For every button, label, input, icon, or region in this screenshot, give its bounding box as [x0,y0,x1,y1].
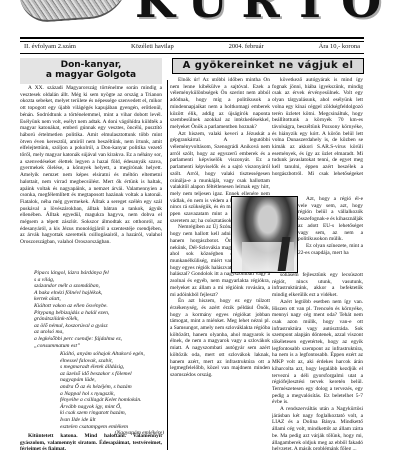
poem-line: élnessel falovak, szabír, [60,358,164,365]
price-label: Ára 10,- korona [319,43,360,53]
right-article-headline: A gyökereinket ne vágjuk el [172,58,364,74]
left-article-closing: Kitüntetett katona. Mind halottam. Valam… [20,433,162,450]
poem-line: s megmaradt életek álldásig, [60,364,164,371]
poem-line: andra Ő az és hézéjém, s hazám [60,384,164,391]
masthead: KÜRTÖS [0,0,395,30]
headline-line-2: a magyar Golgota [20,70,162,80]
poem-line: a legkésőbbi perc csendje: fájdalma ez, [34,336,164,343]
left-article-headline: Don-kanyar, a magyar Golgota [20,58,162,84]
paragraph: Kitüntetett katona. Mind halottam. Valam… [20,433,162,450]
poem-line: gránátszilánk-tölék, [34,316,164,323]
poem-line: Kiáltó, anyám sóhajok Altakoró egén, [60,351,164,358]
paragraph: következő autógyárak is mind így fognak … [272,77,363,177]
interview-column-2-bottom: sohasem fejlesztünk egy lecsúszott régió… [272,272,363,450]
poem-line: Ivan Ilde ide ült [60,417,164,424]
poem-1: Pipacs lángol, lázra bárdánya fel s a vi… [34,270,164,349]
poem-line: Kiáltott vakon az ellen ösvénybe. [34,303,164,310]
poem-line: az üzelső idő beszakor s fölemel [60,371,164,378]
poem-2: Kiáltó, anyám sóhajok Altakoró egén, éln… [60,351,164,437]
paragraph: Ez olyan színezete, mint a 22-es csapdáj… [298,243,363,256]
poem-line: nagyapám lüde, [60,377,164,384]
paragraph: Én azt hiszem, hogy ez egy túlzott érzék… [170,298,270,378]
left-article-body: A XX. századi Magyarország történelme so… [20,85,162,280]
poem-line: Pipacs lángol, lázra bárdánya fel [34,270,164,277]
poem-line: A baka elnézi fölnévl hajlékok, [34,290,164,297]
paragraph: Azért legtöbb esetben nem így van. Hisze… [272,299,363,406]
column-divider [167,80,168,450]
divider [20,37,364,39]
paragraph: Azt, hogy a régió él-e vele vagy sem, az… [298,196,363,243]
poem-line: Pitypang bébizajdás a halál ezen, [34,310,164,317]
horn-icon [19,0,132,24]
interview-column-2-beside-photo: Azt, hogy a régió él-e vele vagy sem, az… [298,196,363,271]
poem-line: ki csak szem ringatott hazám, [60,410,164,417]
poem-line: az ölő némul, koszorúval a gyász [34,323,164,330]
poem-line: az utolsó ma, [34,329,164,336]
poem-line: százandor mélt a szomdában, [34,283,164,290]
poem-line: fényeibe a csillagát Kelet homlokán. [60,397,164,404]
interview-column-2-top: következő autógyárak is mind így fognak … [272,77,363,177]
paragraph: A rendszerváltás után a Nagykürtösi járá… [272,406,363,450]
paragraph: Elnök úr! Az utóbbi időben mintha Ön nem… [170,77,270,131]
issue-info-bar: II. évfolyam 2.szám Közéleti havilap 200… [20,43,364,53]
portrait-photo-icon [231,196,298,273]
date-label: 2004. február [229,43,264,53]
poem-line: kertek alatt, [34,296,164,303]
poem-line: s a világ, [34,277,164,284]
poem-line: Árvább nagyok így, mint Ő, [60,404,164,411]
divider [20,53,364,54]
volume-label: II. évfolyam 2.szám [24,43,76,53]
newspaper-title: KÜRTÖS [135,0,395,28]
paragraph: A XX. századi Magyarország történelme so… [20,85,162,246]
divider [20,41,364,42]
headline-line-1: Don-kanyar, [20,60,162,70]
frequency-label: Közéleti havilap [131,43,174,53]
poem-line: „consummatum est” [34,343,164,350]
paragraph: sohasem fejlesztünk egy lecsúszott régió… [272,272,363,299]
